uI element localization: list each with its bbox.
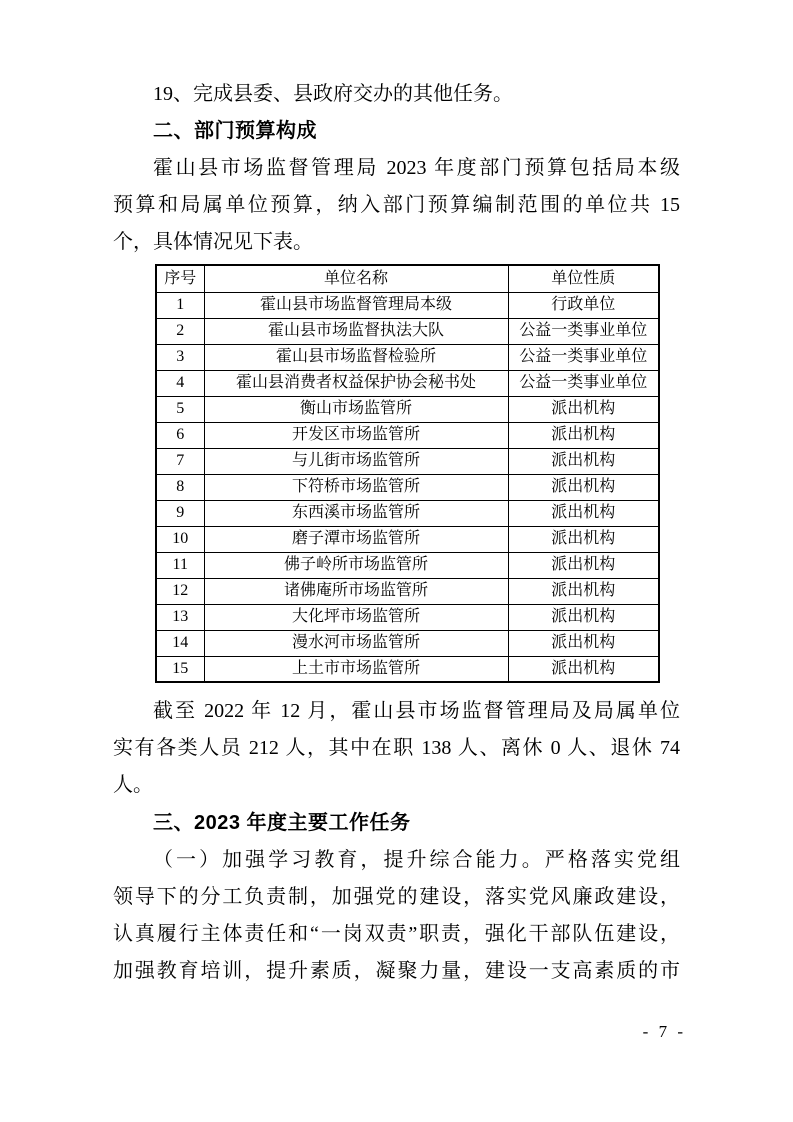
- cell-unit-name: 诸佛庵所市场监管所: [204, 578, 508, 604]
- cell-unit-type: 派出机构: [508, 500, 659, 526]
- list-item-19: 19、完成县委、县政府交办的其他任务。: [113, 76, 680, 113]
- cell-serial-number: 6: [156, 422, 204, 448]
- cell-unit-type: 派出机构: [508, 656, 659, 682]
- paragraph-line: 领导下的分工负责制，加强党的建设，落实党风廉政建设，: [113, 879, 680, 916]
- cell-serial-number: 11: [156, 552, 204, 578]
- paragraph-line: 人。: [113, 767, 680, 804]
- cell-unit-name: 漫水河市场监管所: [204, 630, 508, 656]
- section-heading-2023-main-tasks: 三、2023 年度主要工作任务: [113, 805, 680, 842]
- cell-unit-name: 磨子潭市场监管所: [204, 526, 508, 552]
- table-row: 12 诸佛庵所市场监管所 派出机构: [156, 578, 659, 604]
- table-row: 10 磨子潭市场监管所 派出机构: [156, 526, 659, 552]
- budget-intro-paragraph: 霍山县市场监督管理局 2023 年度部门预算包括局本级 预算和局属单位预算，纳入…: [113, 150, 680, 261]
- section-heading-budget-composition: 二、部门预算构成: [113, 113, 680, 150]
- paragraph-line: 个，具体情况见下表。: [113, 224, 680, 261]
- paragraph-line: 预算和局属单位预算，纳入部门预算编制范围的单位共 15: [113, 187, 680, 224]
- cell-serial-number: 2: [156, 318, 204, 344]
- cell-unit-name: 大化坪市场监管所: [204, 604, 508, 630]
- table-row: 8 下符桥市场监管所 派出机构: [156, 474, 659, 500]
- cell-unit-type: 派出机构: [508, 578, 659, 604]
- table-row: 15 上土市市场监管所 派出机构: [156, 656, 659, 682]
- cell-unit-type: 派出机构: [508, 474, 659, 500]
- table-row: 11 佛子岭所市场监管所 派出机构: [156, 552, 659, 578]
- table-row: 9 东西溪市场监管所 派出机构: [156, 500, 659, 526]
- cell-unit-type: 派出机构: [508, 448, 659, 474]
- main-tasks-paragraph: （一）加强学习教育，提升综合能力。严格落实党组 领导下的分工负责制，加强党的建设…: [113, 842, 680, 990]
- cell-unit-name: 佛子岭所市场监管所: [204, 552, 508, 578]
- cell-unit-type: 派出机构: [508, 396, 659, 422]
- table-row: 5 衡山市场监管所 派出机构: [156, 396, 659, 422]
- table-header-cell: 单位性质: [508, 265, 659, 292]
- cell-unit-type: 派出机构: [508, 526, 659, 552]
- cell-unit-type: 派出机构: [508, 604, 659, 630]
- paragraph-line: 实有各类人员 212 人，其中在职 138 人、离休 0 人、退休 74: [113, 730, 680, 767]
- cell-unit-name: 霍山县市场监督管理局本级: [204, 292, 508, 318]
- cell-unit-type: 公益一类事业单位: [508, 344, 659, 370]
- paragraph-line: （一）加强学习教育，提升综合能力。严格落实党组: [113, 842, 680, 879]
- table-row: 14 漫水河市场监管所 派出机构: [156, 630, 659, 656]
- cell-unit-name: 下符桥市场监管所: [204, 474, 508, 500]
- cell-unit-name: 东西溪市场监管所: [204, 500, 508, 526]
- table-header-row: 序号 单位名称 单位性质: [156, 265, 659, 292]
- cell-serial-number: 7: [156, 448, 204, 474]
- cell-serial-number: 8: [156, 474, 204, 500]
- cell-serial-number: 5: [156, 396, 204, 422]
- cell-unit-type: 派出机构: [508, 552, 659, 578]
- staffing-paragraph: 截至 2022 年 12 月，霍山县市场监督管理局及局属单位 实有各类人员 21…: [113, 693, 680, 804]
- cell-serial-number: 3: [156, 344, 204, 370]
- cell-serial-number: 1: [156, 292, 204, 318]
- cell-serial-number: 9: [156, 500, 204, 526]
- cell-serial-number: 15: [156, 656, 204, 682]
- cell-unit-name: 上土市市场监管所: [204, 656, 508, 682]
- cell-serial-number: 13: [156, 604, 204, 630]
- table-body: 1 霍山县市场监督管理局本级 行政单位 2 霍山县市场监督执法大队 公益一类事业…: [156, 292, 659, 682]
- cell-unit-name: 衡山市场监管所: [204, 396, 508, 422]
- page-number: - 7 -: [643, 1022, 686, 1042]
- table-row: 13 大化坪市场监管所 派出机构: [156, 604, 659, 630]
- cell-unit-name: 霍山县消费者权益保护协会秘书处: [204, 370, 508, 396]
- paragraph-line: 霍山县市场监督管理局 2023 年度部门预算包括局本级: [113, 150, 680, 187]
- cell-unit-type: 行政单位: [508, 292, 659, 318]
- paragraph-line: 截至 2022 年 12 月，霍山县市场监督管理局及局属单位: [113, 693, 680, 730]
- table-row: 1 霍山县市场监督管理局本级 行政单位: [156, 292, 659, 318]
- document-page: 19、完成县委、县政府交办的其他任务。 二、部门预算构成 霍山县市场监督管理局 …: [0, 0, 793, 1122]
- cell-unit-name: 霍山县市场监督检验所: [204, 344, 508, 370]
- cell-unit-type: 公益一类事业单位: [508, 370, 659, 396]
- cell-serial-number: 4: [156, 370, 204, 396]
- cell-serial-number: 12: [156, 578, 204, 604]
- cell-unit-type: 公益一类事业单位: [508, 318, 659, 344]
- paragraph-line: 加强教育培训，提升素质，凝聚力量，建设一支高素质的市: [113, 953, 680, 990]
- table-row: 4 霍山县消费者权益保护协会秘书处 公益一类事业单位: [156, 370, 659, 396]
- table-header-cell: 序号: [156, 265, 204, 292]
- cell-serial-number: 14: [156, 630, 204, 656]
- table-row: 2 霍山县市场监督执法大队 公益一类事业单位: [156, 318, 659, 344]
- table-header-cell: 单位名称: [204, 265, 508, 292]
- table-row: 7 与儿街市场监管所 派出机构: [156, 448, 659, 474]
- budget-units-table: 序号 单位名称 单位性质 1 霍山县市场监督管理局本级 行政单位 2 霍山县市场…: [155, 264, 660, 683]
- cell-serial-number: 10: [156, 526, 204, 552]
- cell-unit-type: 派出机构: [508, 630, 659, 656]
- paragraph-line: 认真履行主体责任和“一岗双责”职责，强化干部队伍建设，: [113, 916, 680, 953]
- cell-unit-type: 派出机构: [508, 422, 659, 448]
- table-row: 3 霍山县市场监督检验所 公益一类事业单位: [156, 344, 659, 370]
- cell-unit-name: 开发区市场监管所: [204, 422, 508, 448]
- cell-unit-name: 与儿街市场监管所: [204, 448, 508, 474]
- cell-unit-name: 霍山县市场监督执法大队: [204, 318, 508, 344]
- table-row: 6 开发区市场监管所 派出机构: [156, 422, 659, 448]
